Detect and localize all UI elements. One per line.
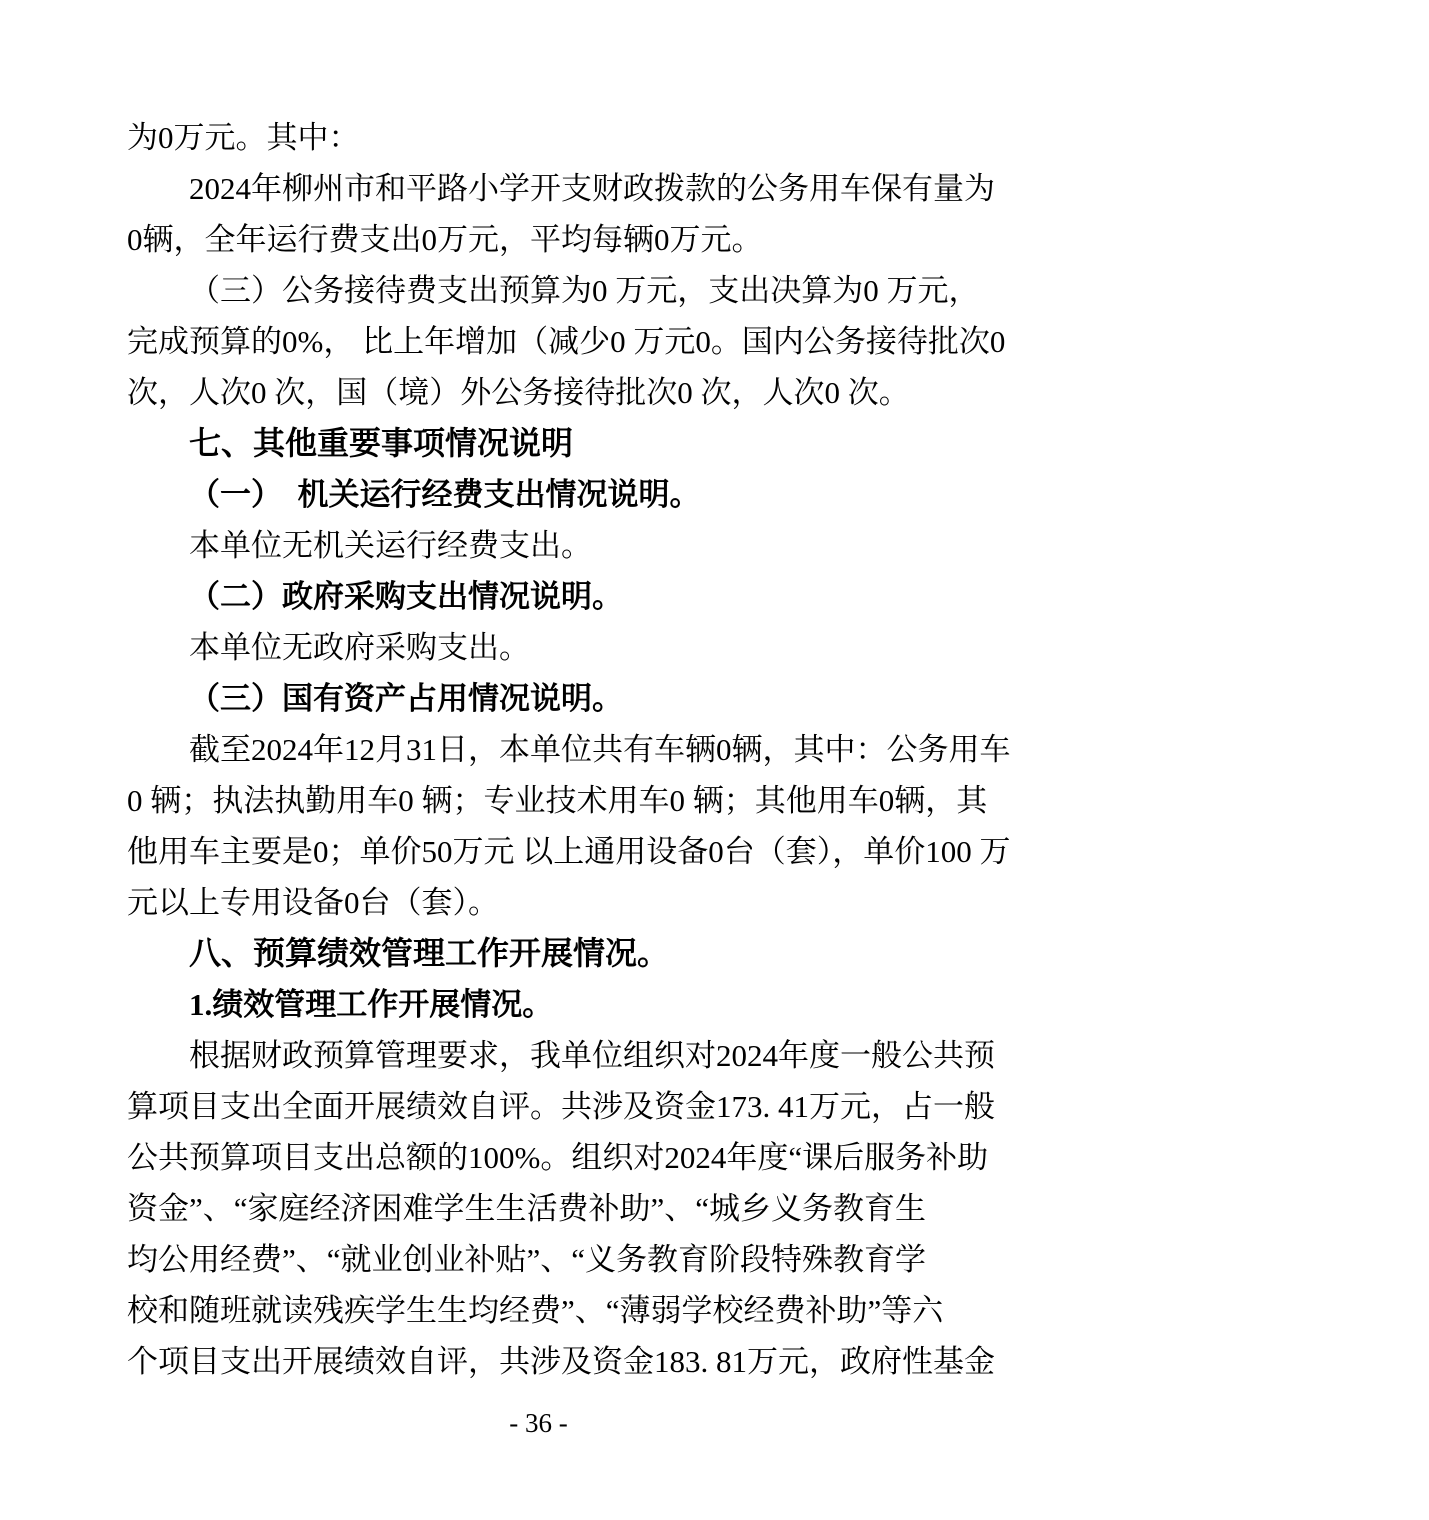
- text-line: 均公用经费”、“就业创业补贴”、“义务教育阶段特殊教育学: [127, 1234, 950, 1285]
- text-line: 完成预算的0%， 比上年增加（减少0 万元0。国内公务接待批次0: [127, 316, 950, 367]
- heading-line: 八、预算绩效管理工作开展情况。: [127, 928, 950, 979]
- heading-line: 1.绩效管理工作开展情况。: [127, 979, 950, 1030]
- text-line: 截至2024年12月31日，本单位共有车辆0辆，其中：公务用车: [127, 724, 950, 775]
- text-line: 个项目支出开展绩效自评，共涉及资金183. 81万元，政府性基金: [127, 1336, 950, 1387]
- text-line: 算项目支出全面开展绩效自评。共涉及资金173. 41万元，占一般: [127, 1081, 950, 1132]
- text-line: 元以上专用设备0台（套）。: [127, 877, 950, 928]
- document-page: 为0万元。其中：2024年柳州市和平路小学开支财政拨款的公务用车保有量为0辆，全…: [0, 0, 1429, 1520]
- text-line: 校和随班就读残疾学生生均经费”、“薄弱学校经费补助”等六: [127, 1285, 950, 1336]
- text-line: 本单位无机关运行经费支出。: [127, 520, 950, 571]
- text-line: 为0万元。其中：: [127, 112, 950, 163]
- text-line: 次，人次0 次，国（境）外公务接待批次0 次，人次0 次。: [127, 367, 950, 418]
- text-line: 根据财政预算管理要求，我单位组织对2024年度一般公共预: [127, 1030, 950, 1081]
- heading-line: 七、其他重要事项情况说明: [127, 418, 950, 469]
- text-line: 2024年柳州市和平路小学开支财政拨款的公务用车保有量为: [127, 163, 950, 214]
- page-number: - 36 -: [127, 1406, 950, 1440]
- text-block: 为0万元。其中：2024年柳州市和平路小学开支财政拨款的公务用车保有量为0辆，全…: [127, 112, 950, 1387]
- text-line: 资金”、“家庭经济困难学生生活费补助”、“城乡义务教育生: [127, 1183, 950, 1234]
- heading-line: （二）政府采购支出情况说明。: [127, 571, 950, 622]
- text-line: （三）公务接待费支出预算为0 万元，支出决算为0 万元，: [127, 265, 950, 316]
- text-line: 他用车主要是0；单价50万元 以上通用设备0台（套），单价100 万: [127, 826, 950, 877]
- text-line: 0辆，全年运行费支出0万元，平均每辆0万元。: [127, 214, 950, 265]
- text-line: 0 辆；执法执勤用车0 辆；专业技术用车0 辆；其他用车0辆，其: [127, 775, 950, 826]
- heading-line: （三）国有资产占用情况说明。: [127, 673, 950, 724]
- heading-line: （一） 机关运行经费支出情况说明。: [127, 469, 950, 520]
- text-line: 公共预算项目支出总额的100%。组织对2024年度“课后服务补助: [127, 1132, 950, 1183]
- text-line: 本单位无政府采购支出。: [127, 622, 950, 673]
